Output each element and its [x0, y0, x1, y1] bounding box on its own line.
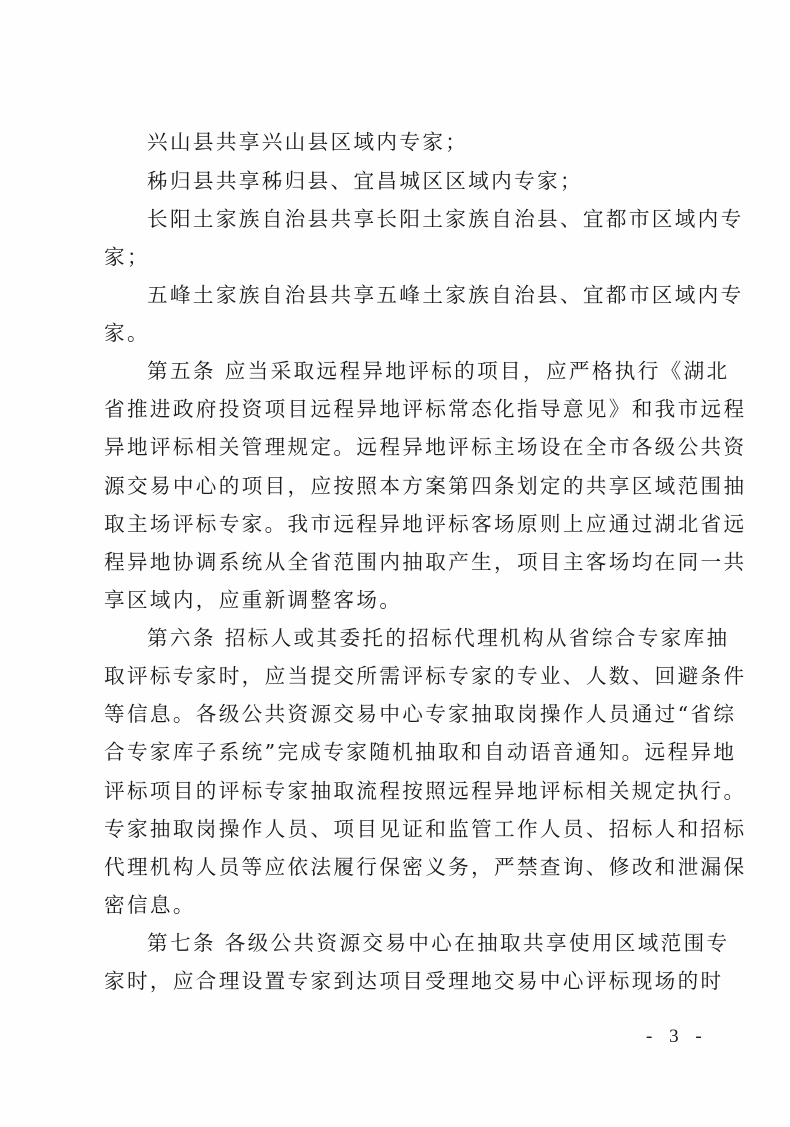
text-line: 评标项目的评标专家抽取流程按照远程异地评标相关规定执行。 [104, 779, 746, 803]
text-line: 专家抽取岗操作人员、项目见证和监管工作人员、招标人和招标 [104, 817, 746, 841]
article-6-heading-line: 第六条 招标人或其委托的招标代理机构从省综合专家库抽 [147, 626, 730, 650]
text-line: 源交易中心的项目，应按照本方案第四条划定的共享区域范围抽 [104, 474, 746, 498]
text-line: 合专家库子系统”完成专家随机抽取和自动语音通知。远程异地 [104, 740, 736, 764]
text-line: 秭归县共享秭归县、宜昌城区区域内专家； [147, 169, 583, 193]
page-number: - 3 - [646, 1026, 708, 1048]
article-7-heading-line: 第七条 各级公共资源交易中心在抽取共享使用区域范围专 [147, 931, 730, 955]
text-line: 程异地协调系统从全省范围内抽取产生，项目主客场均在同一共 [104, 550, 746, 574]
text-line: 异地评标相关管理规定。远程异地评标主场设在全市各级公共资 [104, 435, 746, 459]
article-5-heading-line: 第五条 应当采取远程异地评标的项目，应严格执行《湖北 [147, 359, 730, 383]
text-line: 取评标专家时，应当提交所需评标专家的专业、人数、回避条件 [104, 664, 746, 688]
text-line: 等信息。各级公共资源交易中心专家抽取岗操作人员通过“省综 [104, 702, 736, 726]
text-line: 代理机构人员等应依法履行保密义务，严禁查询、修改和泄漏保 [104, 855, 746, 879]
text-line: 享区域内，应重新调整客场。 [104, 588, 402, 612]
text-line: 长阳土家族自治县共享长阳土家族自治县、宜都市区域内专 [147, 207, 744, 231]
text-line: 取主场评标专家。我市远程异地评标客场原则上应通过湖北省远 [104, 512, 746, 536]
text-line: 兴山县共享兴山县区域内专家； [147, 130, 468, 154]
text-line: 密信息。 [104, 893, 196, 917]
document-page: 兴山县共享兴山县区域内专家； 秭归县共享秭归县、宜昌城区区域内专家； 长阳土家族… [0, 0, 790, 1127]
text-line: 省推进政府投资项目远程异地评标常态化指导意见》和我市远程 [104, 397, 746, 421]
text-line: 家。 [104, 321, 150, 345]
text-line: 家； [104, 245, 150, 269]
text-line: 家时，应合理设置专家到达项目受理地交易中心评标现场的时 [104, 969, 723, 993]
text-line: 五峰土家族自治县共享五峰土家族自治县、宜都市区域内专 [147, 283, 744, 307]
